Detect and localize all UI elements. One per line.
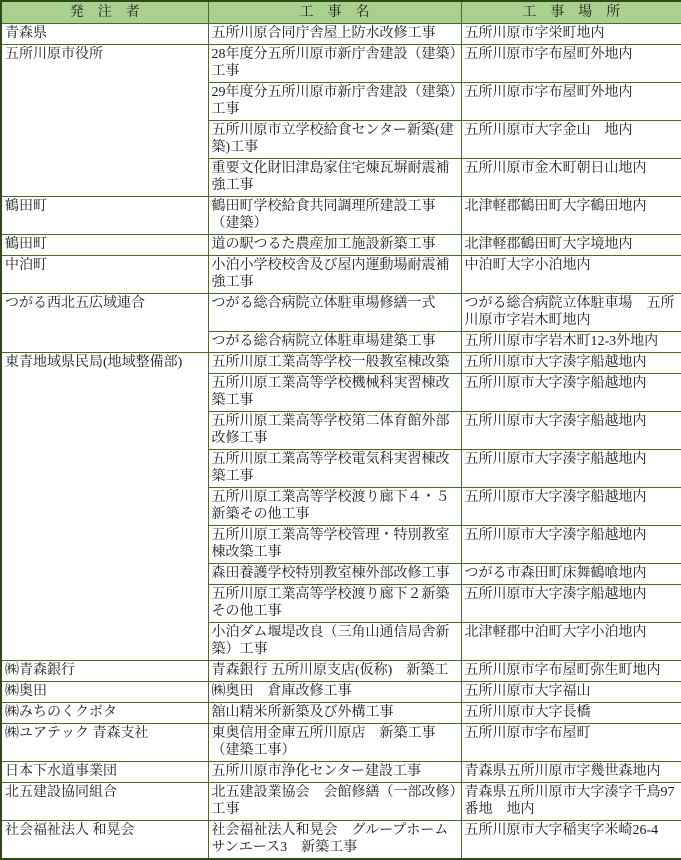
project-name-cell: 森田養護学校特別教室棟外部改修工事	[208, 564, 461, 585]
orderer-cell: 東青地域県民局(地域整備部)	[1, 353, 208, 661]
orderer-cell: 青森県	[1, 24, 208, 45]
project-location-cell: 五所川原市大字湊字船越地内	[461, 526, 681, 564]
orderer-cell: つがる西北五広域連合	[1, 294, 208, 353]
table-row: ㈱奥田㈱奥田 倉庫改修工事五所川原市大字福山	[1, 682, 681, 703]
project-name-cell: 五所川原工業高等学校一般教室棟改築	[208, 353, 461, 374]
project-location-cell: 北津軽郡鶴田町大字鶴田地内	[461, 197, 681, 235]
project-name-cell: 五所川原工業高等学校渡り廊下４・５新築その他工事	[208, 488, 461, 526]
table-row: 中泊町小泊小学校校舎及び屋内運動場耐震補強工事中泊町大字小泊地内	[1, 256, 681, 294]
project-location-cell: 五所川原市字布屋町弥生町地内	[461, 661, 681, 682]
project-name-cell: 五所川原工業高等学校電気科実習棟改築工事	[208, 450, 461, 488]
orderer-cell: 社会福祉法人 和晃会	[1, 821, 208, 860]
project-location-cell: 五所川原市字布屋町外地内	[461, 83, 681, 121]
orderer-cell: 鶴田町	[1, 197, 208, 235]
project-name-cell: 五所川原工業高等学校渡り廊下２新築その他工事	[208, 585, 461, 623]
orderer-cell: ㈱青森銀行	[1, 661, 208, 682]
project-name-cell: つがる総合病院立体駐車場修繕一式	[208, 294, 461, 332]
table-row: 日本下水道事業団五所川原市浄化センター建設工事青森県五所川原市字幾世森地内	[1, 762, 681, 783]
project-name-cell: 29年度分五所川原市新庁舎建設（建築）工事	[208, 83, 461, 121]
project-name-cell: 28年度分五所川原市新庁舎建設（建築）工事	[208, 45, 461, 83]
table-row: 東青地域県民局(地域整備部)五所川原工業高等学校一般教室棟改築五所川原市大字湊字…	[1, 353, 681, 374]
column-header-orderer: 発 注 者	[1, 1, 208, 24]
project-location-cell: 五所川原市大字長橋	[461, 703, 681, 724]
project-name-cell: ㈱奥田 倉庫改修工事	[208, 682, 461, 703]
orderer-cell: ㈱みちのくクボタ	[1, 703, 208, 724]
table-row: ㈱青森銀行青森銀行 五所川原支店(仮称) 新築工五所川原市字布屋町弥生町地内	[1, 661, 681, 682]
header-row: 発 注 者 工 事 名 工 事 場 所	[1, 1, 681, 24]
project-name-cell: 道の駅つるた農産加工施設新築工事	[208, 235, 461, 256]
project-location-cell: 五所川原市大字湊字船越地内	[461, 353, 681, 374]
project-location-cell: 五所川原市字布屋町	[461, 724, 681, 762]
project-location-cell: 北津軽郡中泊町大字小泊地内	[461, 623, 681, 661]
table-row: 五所川原市役所28年度分五所川原市新庁舎建設（建築）工事五所川原市字布屋町外地内	[1, 45, 681, 83]
project-name-cell: つがる総合病院立体駐車場建築工事	[208, 332, 461, 353]
table-row: ㈱みちのくクボタ舘山精米所新築及び外構工事五所川原市大字長橋	[1, 703, 681, 724]
project-name-cell: 五所川原市浄化センター建設工事	[208, 762, 461, 783]
project-name-cell: 東奥信用金庫五所川原店 新築工事（建築工事）	[208, 724, 461, 762]
project-location-cell: つがる総合病院立体駐車場 五所川原市字岩木町地内	[461, 294, 681, 332]
project-name-cell: 五所川原合同庁舎屋上防水改修工事	[208, 24, 461, 45]
project-location-cell: 北津軽郡鶴田町大字境地内	[461, 235, 681, 256]
project-name-cell: 小泊ダム堰堤改良（三角山通信局舎新築）工事	[208, 623, 461, 661]
project-location-cell: 中泊町大字小泊地内	[461, 256, 681, 294]
project-name-cell: 社会福祉法人和晃会 グループホームサンエース3 新築工事	[208, 821, 461, 860]
project-location-cell: つがる市森田町床舞鶴喰地内	[461, 564, 681, 585]
table-row: 社会福祉法人 和晃会社会福祉法人和晃会 グループホームサンエース3 新築工事五所…	[1, 821, 681, 860]
project-location-cell: 五所川原市大字湊字船越地内	[461, 585, 681, 623]
project-name-cell: 五所川原工業高等学校第二体育館外部改修工事	[208, 412, 461, 450]
orderer-cell: 五所川原市役所	[1, 45, 208, 197]
project-name-cell: 五所川原工業高等学校管理・特別教室棟改築工事	[208, 526, 461, 564]
project-location-cell: 五所川原市大字湊字船越地内	[461, 488, 681, 526]
orderer-cell: 北五建設協同組合	[1, 783, 208, 821]
project-name-cell: 重要文化財旧津島家住宅煉瓦塀耐震補強工事	[208, 159, 461, 197]
project-location-cell: 五所川原市大字湊字船越地内	[461, 374, 681, 412]
project-name-cell: 舘山精米所新築及び外構工事	[208, 703, 461, 724]
orderer-cell: ㈱奥田	[1, 682, 208, 703]
project-location-cell: 五所川原市金木町朝日山地内	[461, 159, 681, 197]
project-location-cell: 五所川原市大字金山 地内	[461, 121, 681, 159]
project-location-cell: 青森県五所川原市字幾世森地内	[461, 762, 681, 783]
orderer-cell: 鶴田町	[1, 235, 208, 256]
project-name-cell: 青森銀行 五所川原支店(仮称) 新築工	[208, 661, 461, 682]
project-location-cell: 五所川原市大字湊字船越地内	[461, 412, 681, 450]
table-row: 北五建設協同組合北五建設業協会 会館修繕（一部改修）工事青森県五所川原市大字湊字…	[1, 783, 681, 821]
project-name-cell: 五所川原工業高等学校機械科実習棟改築工事	[208, 374, 461, 412]
table-row: 鶴田町道の駅つるた農産加工施設新築工事北津軽郡鶴田町大字境地内	[1, 235, 681, 256]
project-name-cell: 北五建設業協会 会館修繕（一部改修）工事	[208, 783, 461, 821]
orderer-cell: 中泊町	[1, 256, 208, 294]
project-location-cell: 青森県五所川原市大字湊字千鳥97番地 地内	[461, 783, 681, 821]
project-location-cell: 五所川原市字栄町地内	[461, 24, 681, 45]
project-name-cell: 五所川原市立学校給食センター新築(建築)工事	[208, 121, 461, 159]
table-row: ㈱ユアテック 青森支社東奥信用金庫五所川原店 新築工事（建築工事）五所川原市字布…	[1, 724, 681, 762]
projects-table-body: 青森県五所川原合同庁舎屋上防水改修工事五所川原市字栄町地内五所川原市役所28年度…	[1, 24, 681, 860]
table-row: 鶴田町鶴田町学校給食共同調理所建設工事（建築）北津軽郡鶴田町大字鶴田地内	[1, 197, 681, 235]
projects-table: 発 注 者 工 事 名 工 事 場 所 青森県五所川原合同庁舎屋上防水改修工事五…	[0, 0, 681, 860]
project-location-cell: 五所川原市字岩木町12-3外地内	[461, 332, 681, 353]
project-location-cell: 五所川原市字布屋町外地内	[461, 45, 681, 83]
project-location-cell: 五所川原市大字福山	[461, 682, 681, 703]
project-location-cell: 五所川原市大字稲実字米崎26-4	[461, 821, 681, 860]
project-location-cell: 五所川原市大字湊字船越地内	[461, 450, 681, 488]
project-name-cell: 鶴田町学校給食共同調理所建設工事（建築）	[208, 197, 461, 235]
orderer-cell: 日本下水道事業団	[1, 762, 208, 783]
project-name-cell: 小泊小学校校舎及び屋内運動場耐震補強工事	[208, 256, 461, 294]
table-row: つがる西北五広域連合つがる総合病院立体駐車場修繕一式つがる総合病院立体駐車場 五…	[1, 294, 681, 332]
orderer-cell: ㈱ユアテック 青森支社	[1, 724, 208, 762]
construction-projects-sheet: 発 注 者 工 事 名 工 事 場 所 青森県五所川原合同庁舎屋上防水改修工事五…	[0, 0, 681, 860]
table-row: 青森県五所川原合同庁舎屋上防水改修工事五所川原市字栄町地内	[1, 24, 681, 45]
column-header-project-name: 工 事 名	[208, 1, 461, 24]
column-header-project-location: 工 事 場 所	[461, 1, 681, 24]
